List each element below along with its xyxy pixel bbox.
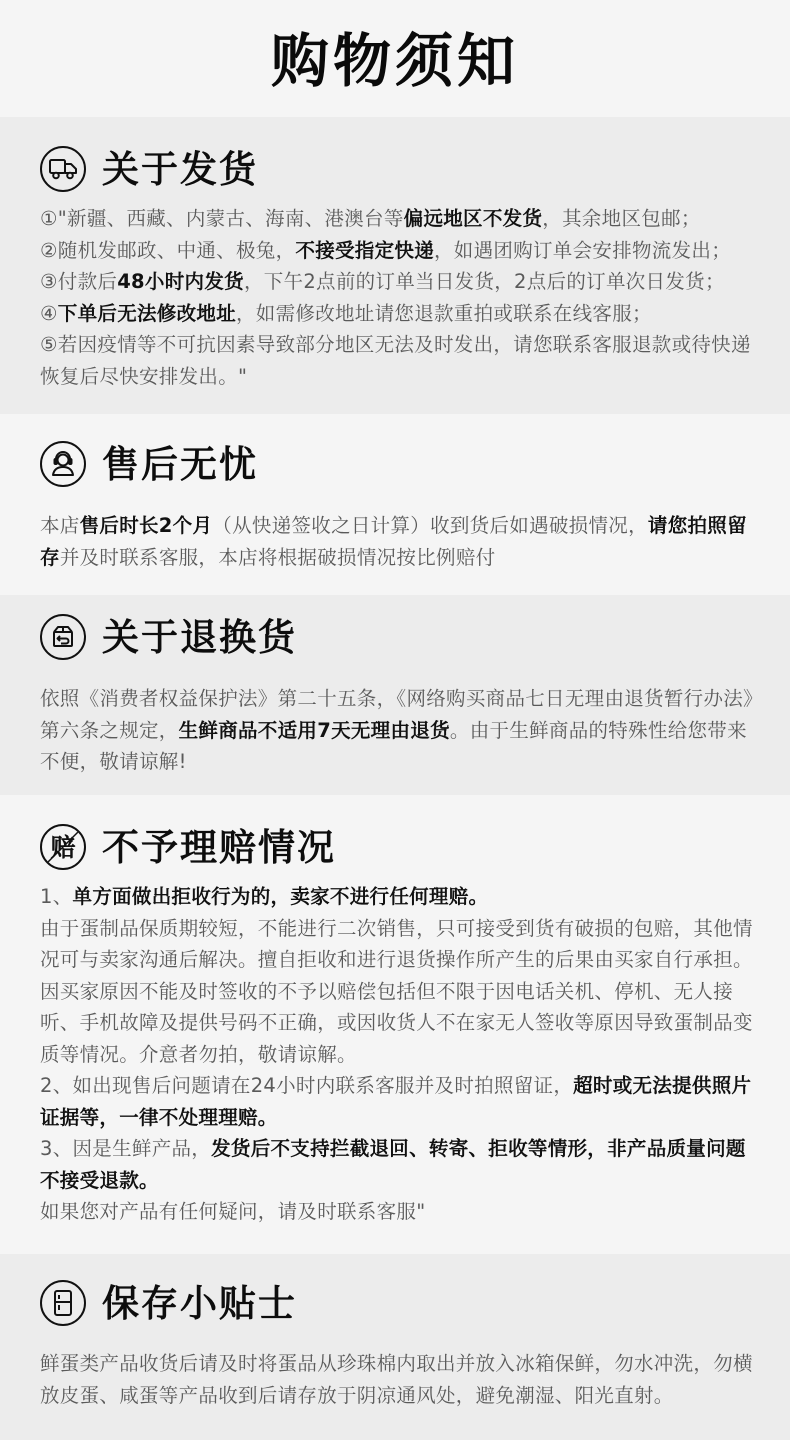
- body-text: ①"新疆、西藏、内蒙古、海南、港澳台等: [40, 207, 404, 230]
- section-title: 关于退换货: [102, 619, 297, 656]
- paragraph: ①"新疆、西藏、内蒙古、海南、港澳台等偏远地区不发货，其余地区包邮；: [40, 203, 760, 235]
- body-text: ，下午2点前的订单当日发货，2点后的订单次日发货；: [244, 270, 725, 293]
- paragraph: 鲜蛋类产品收货后请及时将蛋品从珍珠棉内取出并放入冰箱保鲜，勿水冲洗，勿横放皮蛋、…: [40, 1348, 760, 1411]
- body-text: ⑤若因疫情等不可抗因素导致部分地区无法及时发出，请您联系客服退款或待快递恢复后尽…: [40, 333, 751, 388]
- body-text: ④: [40, 302, 58, 325]
- body-text: ，其余地区包邮；: [542, 207, 700, 230]
- paragraph: 本店售后时长2个月（从快递签收之日计算）收到货后如遇破损情况，请您拍照留存并及时…: [40, 510, 760, 573]
- section-body: 依照《消费者权益保护法》第二十五条，《网络购买商品七日无理由退货暂行办法》第六条…: [40, 683, 760, 778]
- paragraph: ⑤若因疫情等不可抗因素导致部分地区无法及时发出，请您联系客服退款或待快递恢复后尽…: [40, 329, 760, 392]
- page-title: 购物须知: [271, 28, 519, 90]
- emphasis-text: 生鲜商品不适用7天无理由退货: [179, 719, 450, 742]
- section-storage-tips: 保存小贴士 鲜蛋类产品收货后请及时将蛋品从珍珠棉内取出并放入冰箱保鲜，勿水冲洗，…: [0, 1254, 790, 1440]
- paragraph: 如果您对产品有任何疑问，请及时联系客服": [40, 1196, 760, 1228]
- section-heading: 售后无忧: [40, 436, 760, 492]
- section-returns: 关于退换货 依照《消费者权益保护法》第二十五条，《网络购买商品七日无理由退货暂行…: [0, 595, 790, 795]
- truck-icon: [40, 146, 86, 192]
- section-heading: 关于退换货: [40, 609, 760, 665]
- customer-service-headset-icon: [40, 441, 86, 487]
- paragraph: 1、单方面做出拒收行为的，卖家不进行任何理赔。: [40, 881, 760, 913]
- section-heading: 关于发货: [40, 141, 760, 197]
- body-text: ②随机发邮政、中通、极兔，: [40, 239, 295, 262]
- no-compensation-icon: 赔: [40, 824, 86, 870]
- return-box-icon: [40, 614, 86, 660]
- section-title: 关于发货: [102, 151, 258, 188]
- section-title: 不予理赔情况: [102, 829, 336, 866]
- section-no-compensation: 赔 不予理赔情况 1、单方面做出拒收行为的，卖家不进行任何理赔。由于蛋制品保质期…: [0, 795, 790, 1254]
- refrigerator-icon: [40, 1280, 86, 1326]
- emphasis-text: 不接受指定快递: [295, 239, 434, 262]
- body-text: 如果您对产品有任何疑问，请及时联系客服": [40, 1200, 425, 1223]
- section-body: ①"新疆、西藏、内蒙古、海南、港澳台等偏远地区不发货，其余地区包邮；②随机发邮政…: [40, 203, 760, 392]
- emphasis-text: 偏远地区不发货: [404, 207, 543, 230]
- body-text: 2、如出现售后问题请在24小时内联系客服并及时拍照留证，: [40, 1074, 573, 1097]
- body-text: 本店: [40, 514, 80, 537]
- section-title: 保存小贴士: [102, 1285, 297, 1322]
- paragraph: ②随机发邮政、中通、极兔，不接受指定快递，如遇团购订单会安排物流发出；: [40, 235, 760, 267]
- emphasis-text: 售后时长2个月: [80, 514, 213, 537]
- emphasis-text: 单方面做出拒收行为的，卖家不进行任何理赔。: [73, 885, 489, 908]
- paragraph: 依照《消费者权益保护法》第二十五条，《网络购买商品七日无理由退货暂行办法》第六条…: [40, 683, 760, 778]
- body-text: （从快递签收之日计算）收到货后如遇破损情况，: [212, 514, 648, 537]
- emphasis-text: 下单后无法修改地址: [58, 302, 236, 325]
- body-text: 并及时联系客服，本店将根据破损情况按比例赔付: [60, 546, 496, 569]
- paragraph: 3、因是生鲜产品，发货后不支持拦截退回、转寄、拒收等情形，非产品质量问题不接受退…: [40, 1133, 760, 1196]
- paragraph: ④下单后无法修改地址，如需修改地址请您退款重拍或联系在线客服；: [40, 298, 760, 330]
- body-text: ，如遇团购订单会安排物流发出；: [434, 239, 731, 262]
- section-body: 本店售后时长2个月（从快递签收之日计算）收到货后如遇破损情况，请您拍照留存并及时…: [40, 510, 760, 573]
- body-text: 1、: [40, 885, 73, 908]
- page-header: 购物须知: [0, 0, 790, 117]
- section-shipping: 关于发货 ①"新疆、西藏、内蒙古、海南、港澳台等偏远地区不发货，其余地区包邮；②…: [0, 117, 790, 414]
- paragraph: 2、如出现售后问题请在24小时内联系客服并及时拍照留证，超时或无法提供照片证据等…: [40, 1070, 760, 1133]
- body-text: 由于蛋制品保质期较短，不能进行二次销售，只可接受到货有破损的包赔，其他情况可与卖…: [40, 917, 753, 1066]
- section-body: 鲜蛋类产品收货后请及时将蛋品从珍珠棉内取出并放入冰箱保鲜，勿水冲洗，勿横放皮蛋、…: [40, 1348, 760, 1411]
- section-heading: 保存小贴士: [40, 1275, 760, 1331]
- body-text: 鲜蛋类产品收货后请及时将蛋品从珍珠棉内取出并放入冰箱保鲜，勿水冲洗，勿横放皮蛋、…: [40, 1352, 753, 1407]
- body-text: ③付款后: [40, 270, 117, 293]
- section-heading: 赔 不予理赔情况: [40, 819, 760, 875]
- paragraph: ③付款后48小时内发货，下午2点前的订单当日发货，2点后的订单次日发货；: [40, 266, 760, 298]
- paragraph: 由于蛋制品保质期较短，不能进行二次销售，只可接受到货有破损的包赔，其他情况可与卖…: [40, 913, 760, 1071]
- section-body: 1、单方面做出拒收行为的，卖家不进行任何理赔。由于蛋制品保质期较短，不能进行二次…: [40, 881, 760, 1228]
- emphasis-text: 48小时内发货: [117, 270, 244, 293]
- body-text: ，如需修改地址请您退款重拍或联系在线客服；: [236, 302, 652, 325]
- body-text: 3、因是生鲜产品，: [40, 1137, 211, 1160]
- section-after-sale: 售后无忧 本店售后时长2个月（从快递签收之日计算）收到货后如遇破损情况，请您拍照…: [0, 414, 790, 595]
- section-title: 售后无忧: [102, 446, 258, 483]
